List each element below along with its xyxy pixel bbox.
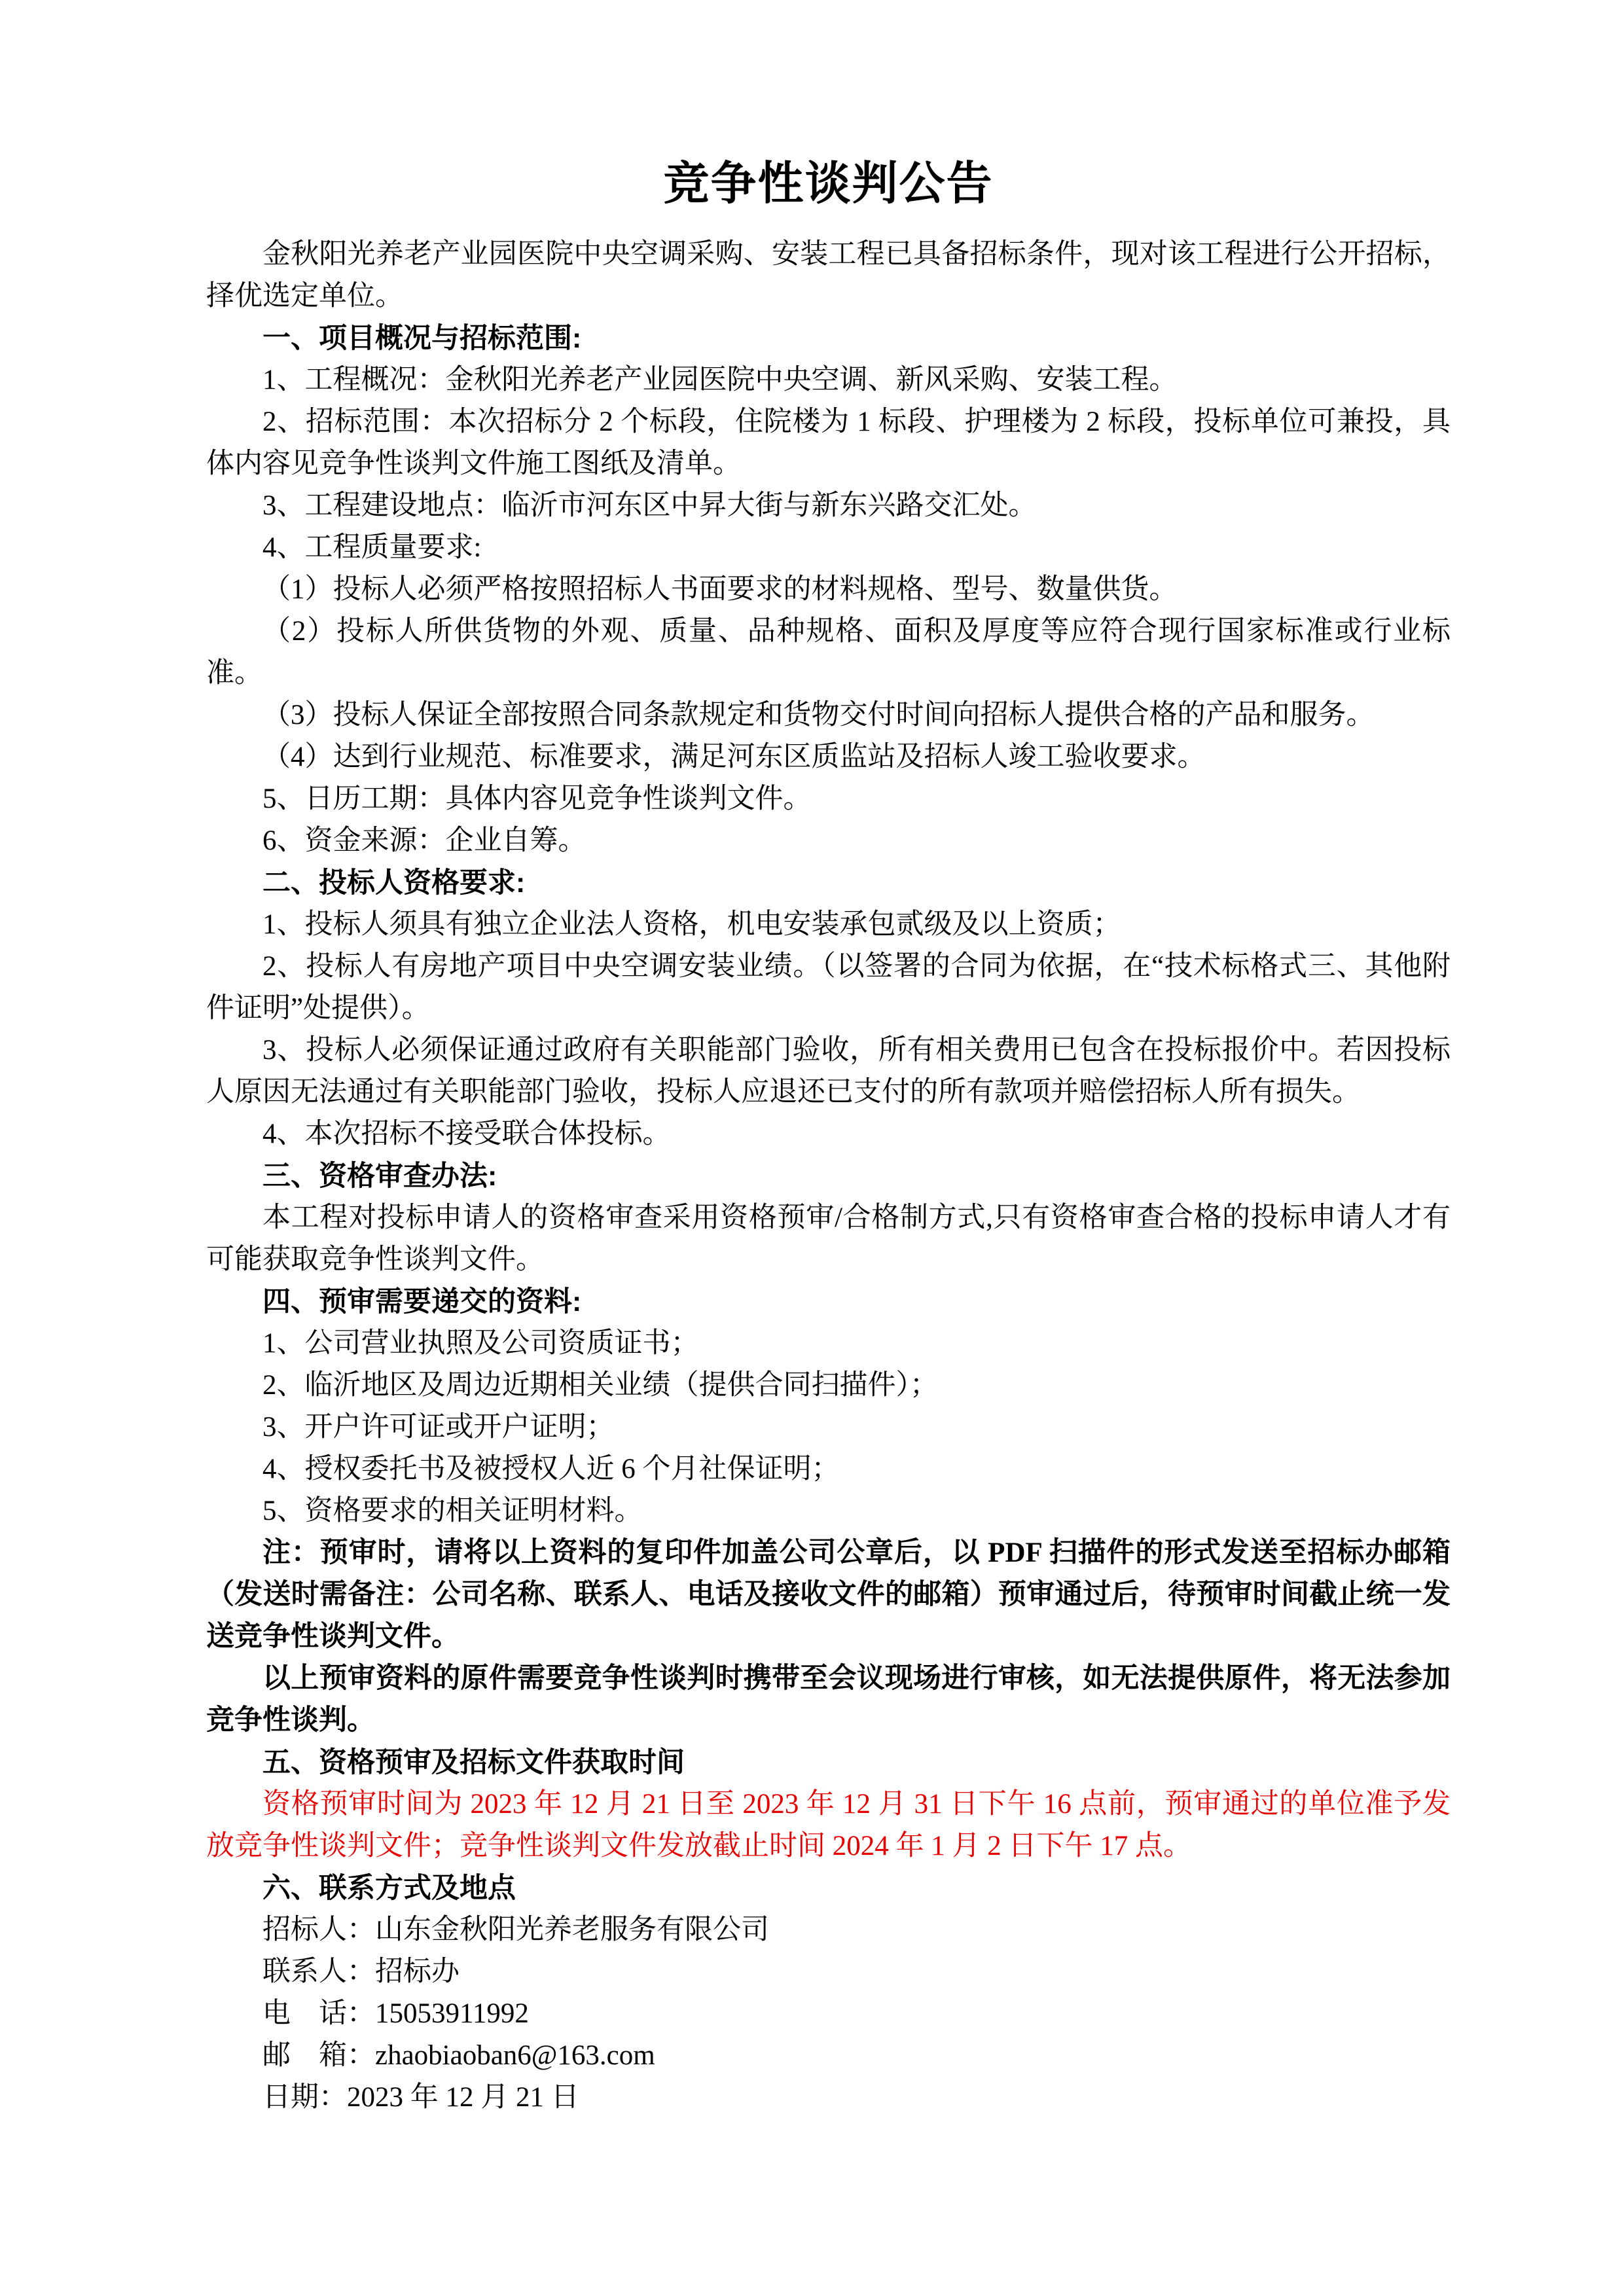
paragraph-body: 1、工程概况：金秋阳光养老产业园医院中央空调、新风采购、安装工程。	[206, 359, 1451, 401]
paragraph-note: 注：预审时，请将以上资料的复印件加盖公司公章后，以 PDF 扫描件的形式发送至招…	[206, 1532, 1451, 1658]
paragraph-body: （4）达到行业规范、标准要求，满足河东区质监站及招标人竣工验收要求。	[206, 736, 1451, 778]
document-body: 金秋阳光养老产业园医院中央空调采购、安装工程已具备招标条件，现对该工程进行公开招…	[206, 234, 1451, 2119]
paragraph-body: 本工程对投标申请人的资格审查采用资格预审/合格制方式,只有资格审查合格的投标申请…	[206, 1197, 1451, 1281]
paragraph-body: 4、授权委托书及被授权人近 6 个月社保证明；	[206, 1448, 1451, 1490]
paragraph-body: 电 话：15053911992	[206, 1993, 1451, 2035]
paragraph-heading: 二、投标人资格要求:	[206, 862, 1451, 904]
paragraph-heading: 六、联系方式及地点	[206, 1867, 1451, 1909]
paragraph-body: 3、开户许可证或开户证明；	[206, 1407, 1451, 1448]
paragraph-heading: 五、资格预审及招标文件获取时间	[206, 1742, 1451, 1784]
paragraph-body: 1、公司营业执照及公司资质证书；	[206, 1323, 1451, 1365]
paragraph-body: 3、投标人必须保证通过政府有关职能部门验收，所有相关费用已包含在投标报价中。若因…	[206, 1030, 1451, 1113]
paragraph-body: 联系人：招标办	[206, 1951, 1451, 1993]
paragraph-body: 3、工程建设地点：临沂市河东区中昇大街与新东兴路交汇处。	[206, 485, 1451, 527]
paragraph-body: 日期：2023 年 12 月 21 日	[206, 2077, 1451, 2119]
paragraph-body: 4、工程质量要求:	[206, 527, 1451, 569]
paragraph-body: 4、本次招标不接受联合体投标。	[206, 1113, 1451, 1155]
paragraph-heading: 四、预审需要递交的资料:	[206, 1281, 1451, 1323]
paragraph-body: 2、招标范围：本次招标分 2 个标段，住院楼为 1 标段、护理楼为 2 标段，投…	[206, 401, 1451, 485]
document-title: 竞争性谈判公告	[206, 147, 1451, 219]
paragraph-body: 5、资格要求的相关证明材料。	[206, 1490, 1451, 1532]
paragraph-body: 5、日历工期：具体内容见竞争性谈判文件。	[206, 778, 1451, 820]
paragraph-heading: 一、项目概况与招标范围:	[206, 317, 1451, 359]
paragraph-body: 1、投标人须具有独立企业法人资格，机电安装承包贰级及以上资质；	[206, 904, 1451, 946]
paragraph-body: 金秋阳光养老产业园医院中央空调采购、安装工程已具备招标条件，现对该工程进行公开招…	[206, 234, 1451, 317]
paragraph-body: （1）投标人必须严格按照招标人书面要求的材料规格、型号、数量供货。	[206, 569, 1451, 611]
paragraph-body: 2、投标人有房地产项目中央空调安装业绩。（以签署的合同为依据，在“技术标格式三、…	[206, 946, 1451, 1030]
document-page: 竞争性谈判公告 金秋阳光养老产业园医院中央空调采购、安装工程已具备招标条件，现对…	[0, 0, 1624, 2296]
paragraph-body: 邮 箱：zhaobiaoban6@163.com	[206, 2035, 1451, 2077]
paragraph-body: 招标人：山东金秋阳光养老服务有限公司	[206, 1909, 1451, 1951]
paragraph-body: 6、资金来源：企业自筹。	[206, 820, 1451, 862]
paragraph-red: 资格预审时间为 2023 年 12 月 21 日至 2023 年 12 月 31…	[206, 1784, 1451, 1867]
paragraph-heading: 三、资格审查办法:	[206, 1155, 1451, 1197]
paragraph-body: 2、临沂地区及周边近期相关业绩（提供合同扫描件）；	[206, 1365, 1451, 1407]
paragraph-body: （2）投标人所供货物的外观、质量、品种规格、面积及厚度等应符合现行国家标准或行业…	[206, 611, 1451, 694]
paragraph-note: 以上预审资料的原件需要竞争性谈判时携带至会议现场进行审核，如无法提供原件，将无法…	[206, 1658, 1451, 1742]
paragraph-body: （3）投标人保证全部按照合同条款规定和货物交付时间向招标人提供合格的产品和服务。	[206, 694, 1451, 736]
